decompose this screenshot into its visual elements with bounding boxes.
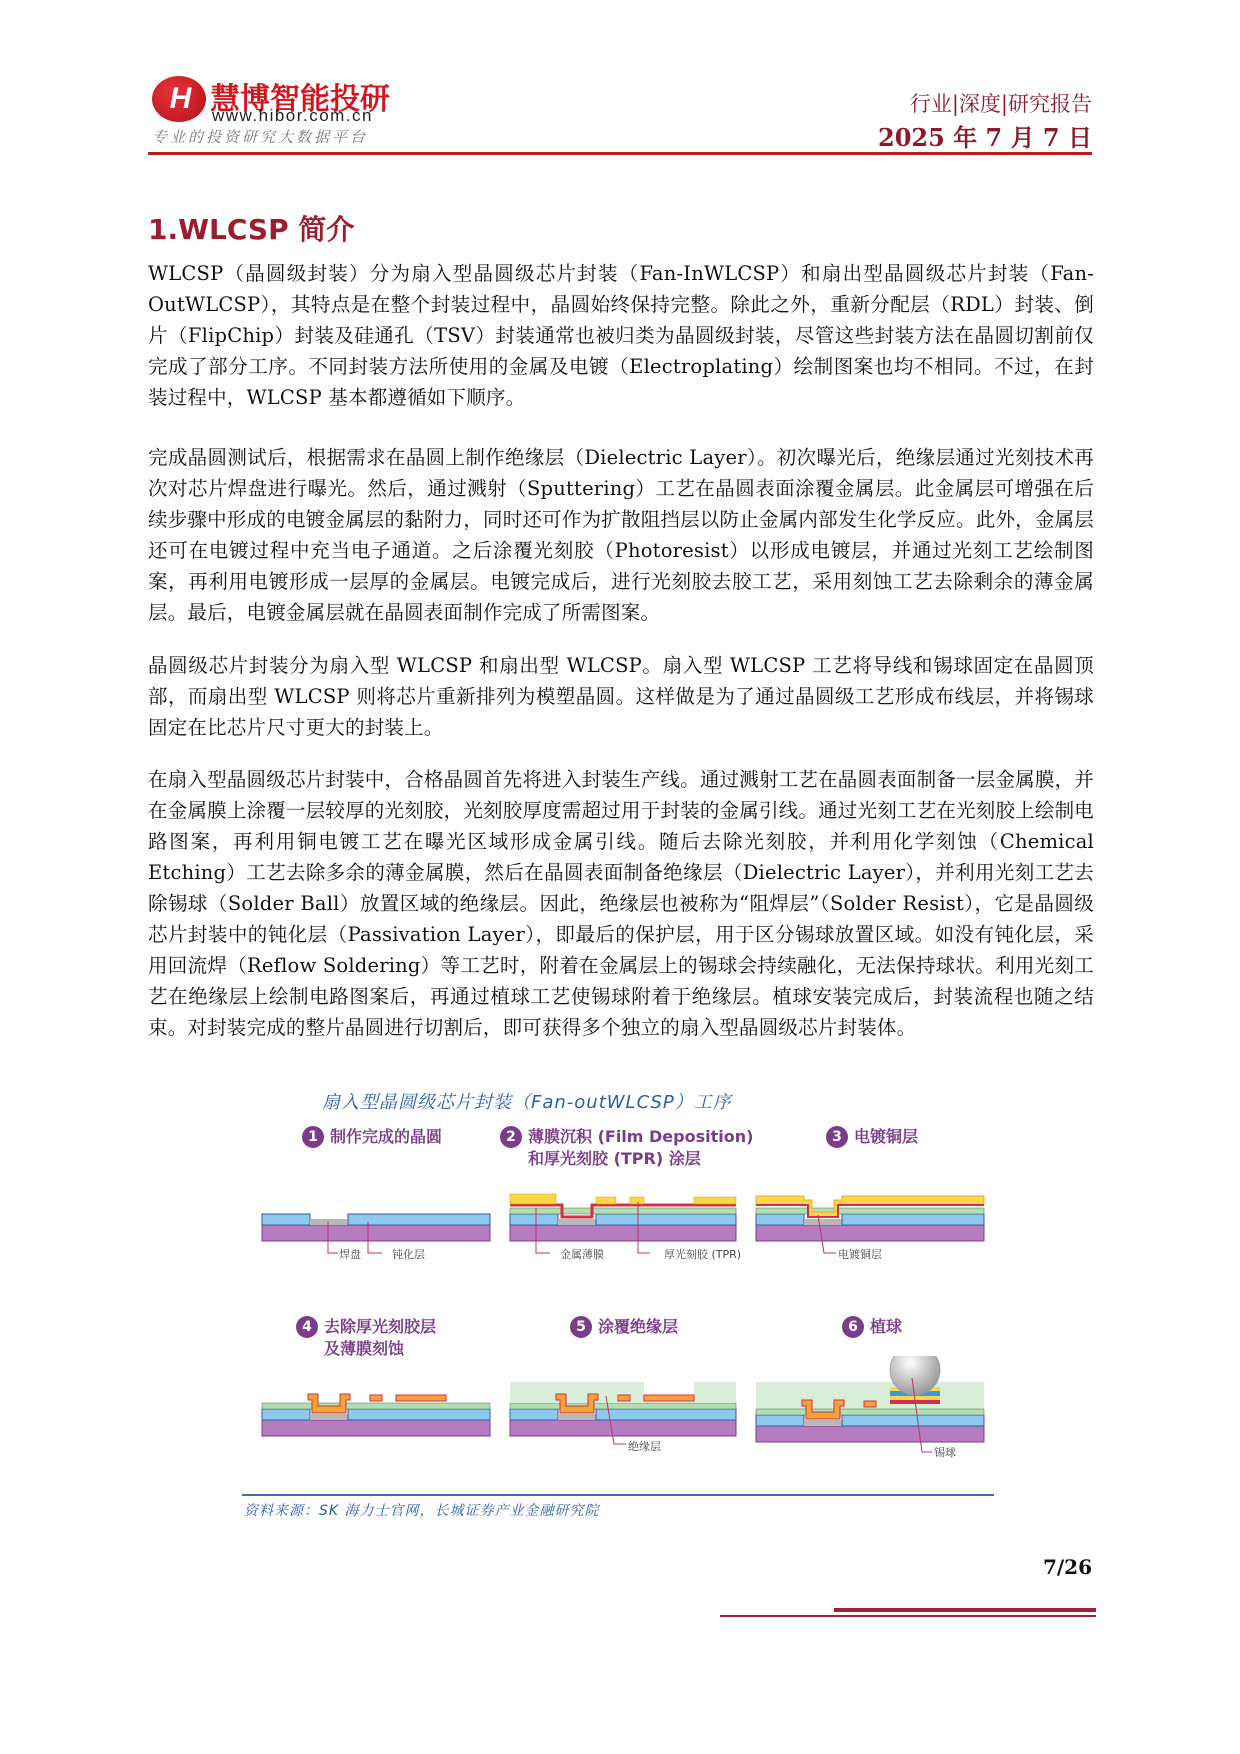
footer-rule-thick	[834, 1608, 1096, 1612]
step-label: 制作完成的晶圆	[330, 1126, 442, 1148]
report-type: 行业|深度|研究报告	[910, 88, 1092, 118]
logo-slogan: 专业的投资研究大数据平台	[152, 126, 368, 147]
paragraph-2: 完成晶圆测试后，根据需求在晶圆上制作绝缘层（Dielectric Layer）。…	[148, 442, 1094, 628]
logo-url: www.hibor.com.cn	[212, 106, 373, 126]
step-number-badge: 2	[500, 1126, 522, 1148]
paragraph-1: WLCSP（晶圆级封装）分为扇入型晶圆级芯片封装（Fan-InWLCSP）和扇出…	[148, 258, 1094, 413]
step-number-badge: 4	[296, 1316, 318, 1338]
paragraph-3: 晶圆级芯片封装分为扇入型 WLCSP 和扇出型 WLCSP。扇入型 WLCSP …	[148, 650, 1094, 743]
paragraph-4: 在扇入型晶圆级芯片封装中，合格晶圆首先将进入封装生产线。通过溅射工艺在晶圆表面制…	[148, 764, 1094, 1043]
step-4-diagram	[258, 1384, 500, 1454]
step-4-heading: 4 去除厚光刻胶层 及薄膜刻蚀	[296, 1316, 436, 1360]
step-6-diagram	[752, 1356, 994, 1466]
step-5-heading: 5 涂覆绝缘层	[570, 1316, 678, 1338]
annotation-solder-ball: 锡球	[934, 1444, 956, 1460]
step-1-diagram	[258, 1190, 500, 1260]
step-number-badge: 6	[842, 1316, 864, 1338]
step-1-heading: 1 制作完成的晶圆	[302, 1126, 442, 1148]
step-label-line: 去除厚光刻胶层	[324, 1316, 436, 1338]
figure-source: 资料来源：SK 海力士官网，长城证券产业金融研究院	[244, 1500, 600, 1520]
logo-mark-glyph: H	[170, 82, 189, 116]
annotation-pad: 焊盘	[339, 1246, 361, 1262]
step-number-badge: 5	[570, 1316, 592, 1338]
figure-title: 扇入型晶圆级芯片封装（Fan-outWLCSP）工序	[322, 1088, 732, 1114]
figure-source-divider	[242, 1494, 994, 1496]
step-label: 薄膜沉积 (Film Deposition) 和厚光刻胶 (TPR) 涂层	[528, 1126, 753, 1170]
step-label: 电镀铜层	[854, 1126, 918, 1148]
step-label: 去除厚光刻胶层 及薄膜刻蚀	[324, 1316, 436, 1360]
report-date: 2025 年 7 月 7 日	[878, 118, 1092, 153]
section-title: 1.WLCSP 简介	[148, 208, 354, 248]
annotation-passivation: 钝化层	[392, 1246, 425, 1262]
step-label: 植球	[870, 1316, 902, 1338]
logo-mark: H	[152, 76, 206, 122]
footer-rule-thin	[720, 1615, 1096, 1617]
page-number: 7/26	[1043, 1555, 1092, 1579]
annotation-tpr: 厚光刻胶 (TPR)	[664, 1246, 741, 1262]
step-6-heading: 6 植球	[842, 1316, 902, 1338]
step-3-heading: 3 电镀铜层	[826, 1126, 918, 1148]
annotation-dielectric: 绝缘层	[628, 1438, 661, 1454]
header-divider	[148, 152, 1092, 155]
step-label-line: 和厚光刻胶 (TPR) 涂层	[528, 1148, 753, 1170]
step-label: 涂覆绝缘层	[598, 1316, 678, 1338]
step-5-diagram	[506, 1380, 748, 1450]
step-label-line: 及薄膜刻蚀	[324, 1338, 436, 1360]
step-number-badge: 3	[826, 1126, 848, 1148]
annotation-metal-film: 金属薄膜	[560, 1246, 604, 1262]
step-2-heading: 2 薄膜沉积 (Film Deposition) 和厚光刻胶 (TPR) 涂层	[500, 1126, 753, 1170]
step-number-badge: 1	[302, 1126, 324, 1148]
step-label-line: 薄膜沉积 (Film Deposition)	[528, 1126, 753, 1148]
annotation-copper: 电镀铜层	[838, 1246, 882, 1262]
